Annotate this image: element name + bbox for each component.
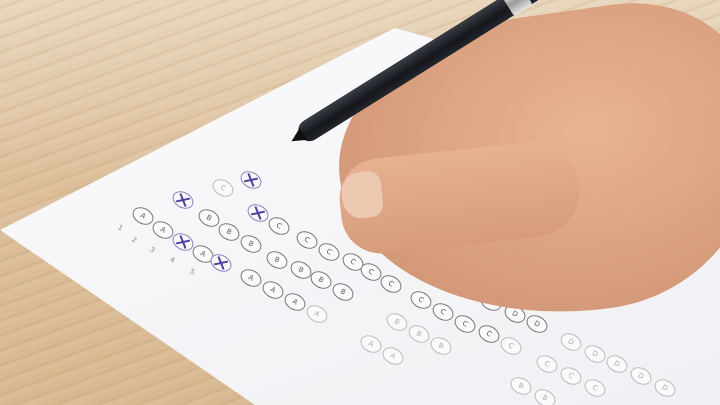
wooden-desk-background: ABABBACCCCCCCBBBBAAAADDDDDDCCCCCBBBAADDD… [0, 0, 720, 405]
pen-metal-band [501, 0, 532, 16]
